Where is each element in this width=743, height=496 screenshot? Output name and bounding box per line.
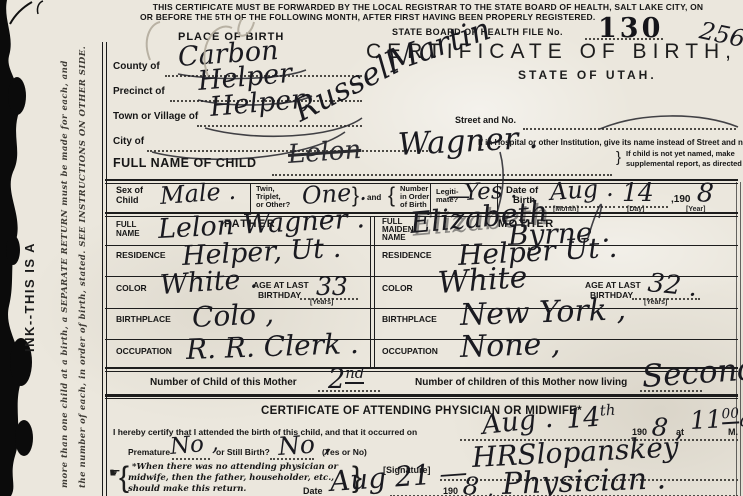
child-name-label: FULL NAME OF CHILD xyxy=(113,157,256,171)
cell-border xyxy=(250,183,251,212)
date-year-printed: 190 xyxy=(443,487,458,496)
father-age-caption: [Years] xyxy=(310,299,333,306)
time-suffix: a. xyxy=(739,409,743,432)
certify-text: I hereby certify that I attended the bir… xyxy=(113,428,417,437)
number-of-child-num: 2 xyxy=(328,364,345,395)
father-name-label-line2: NAME xyxy=(116,230,140,239)
child-name-leader xyxy=(272,172,612,176)
signature-title-handwritten: Physician . xyxy=(501,464,666,496)
dob-year-caption: [Year] xyxy=(686,206,705,213)
dob-day-handwritten: 14 xyxy=(622,180,654,205)
mother-name-label-line3: NAME xyxy=(382,234,406,243)
number-of-child-handwritten: 2nd xyxy=(328,366,364,393)
child-first-name-struck: Lelon xyxy=(287,137,362,168)
child-note-brace: } xyxy=(616,150,621,167)
sex-value-handwritten: Male . xyxy=(159,179,237,208)
mother-birthplace-handwritten: New York , xyxy=(459,295,626,331)
father-age-label-line1: AGE AT LAST xyxy=(253,281,309,290)
margin-instruction-bold: INK--THIS IS A xyxy=(22,242,37,352)
time-hour: 11 xyxy=(689,404,722,435)
birth-certificate-scan: INK--THIS IS A more than one child at a … xyxy=(0,0,743,496)
margin-instruction-line2: the number of each, in order of birth, s… xyxy=(78,46,88,488)
mother-color-label: COLOR xyxy=(382,284,413,293)
premature-label: Premature xyxy=(128,448,170,457)
father-birthplace-label: BIRTHPLACE xyxy=(116,315,171,324)
divider xyxy=(105,398,738,399)
precinct-label: Precinct of xyxy=(113,87,165,98)
informant-scribble-first: Russell xyxy=(289,48,404,127)
father-occupation-handwritten: R. R. Clerk . xyxy=(186,330,360,364)
number-of-child-label: Number of Child of this Mother xyxy=(150,378,297,389)
stillbirth-label: or Still Birth? xyxy=(216,448,270,457)
father-birthplace-handwritten: Colo , xyxy=(191,300,274,332)
mother-occupation-handwritten: None , xyxy=(459,330,560,363)
meridiem-label: M. xyxy=(728,428,738,438)
child-note-line1: If child is not yet named, make xyxy=(626,150,735,158)
date-label: Date xyxy=(303,487,323,496)
physician-section-heading: CERTIFICATE OF ATTENDING PHYSICIAN OR MI… xyxy=(105,405,738,417)
mother-residence-label: RESIDENCE xyxy=(382,251,432,260)
yes-no-label: (Yes or No) xyxy=(322,448,367,457)
children-living-label: Number of children of this Mother now li… xyxy=(415,378,627,389)
dob-day-caption: [Day] xyxy=(627,206,645,213)
dob-month-handwritten: Aug . xyxy=(549,176,614,204)
dob-year-printed: ,190 xyxy=(671,195,690,206)
father-color-label: COLOR xyxy=(116,284,147,293)
form-left-border xyxy=(102,42,107,496)
time-min: 00 xyxy=(721,405,739,424)
date-year-digit-handwritten: 8 , xyxy=(462,473,496,496)
parent-column-divider xyxy=(370,217,375,368)
no-attendant-note-line2: midwife, then the father, householder, e… xyxy=(128,474,334,483)
occurred-month-handwritten: Aug . xyxy=(481,405,555,439)
occurred-day-handwritten: 14th xyxy=(565,403,617,433)
premature-value-handwritten: No , xyxy=(169,432,219,459)
mother-age-label-line1: AGE AT LAST xyxy=(585,281,641,290)
number-of-child-suffix: nd xyxy=(345,364,364,384)
father-residence-label: RESIDENCE xyxy=(116,251,166,260)
dob-month-caption: [Month] xyxy=(553,206,579,213)
mother-age-handwritten: 32 . xyxy=(647,270,699,301)
state-of-utah-line: STATE OF UTAH. xyxy=(518,69,657,82)
no-attendant-note-line3: should make this return. xyxy=(128,485,246,494)
forwarding-note-line1: THIS CERTIFICATE MUST BE FORWARDED BY TH… xyxy=(118,3,738,12)
mother-color-handwritten: White xyxy=(437,263,528,299)
town-leader xyxy=(197,123,362,127)
city-label: City of xyxy=(113,137,144,148)
father-color-handwritten: White . xyxy=(159,265,258,299)
mother-birthplace-label: BIRTHPLACE xyxy=(382,315,437,324)
father-residence-handwritten: Helper, Ut . xyxy=(181,235,342,270)
sex-row-brace-open: { xyxy=(388,184,395,207)
street-leader xyxy=(523,126,736,130)
father-age-handwritten: 33 xyxy=(316,274,348,299)
father-occupation-label: OCCUPATION xyxy=(116,347,172,356)
child-note-line2: supplemental report, as directed xyxy=(626,160,742,168)
county-label: County of xyxy=(113,62,160,73)
mother-occupation-label: OCCUPATION xyxy=(382,347,438,356)
occurred-day-suffix: th xyxy=(599,401,616,420)
children-living-handwritten: Second . xyxy=(641,353,743,393)
town-label: Town or Village of xyxy=(113,112,198,123)
divider xyxy=(105,394,738,397)
mother-age-caption: [Years] xyxy=(644,299,667,306)
child-surname-handwritten: Wagner . xyxy=(397,123,539,161)
dob-year-digit-handwritten: 8 xyxy=(696,180,714,207)
occurred-day-num: 14 xyxy=(565,402,601,435)
margin-instruction-line1: more than one child at a birth, a SEPARA… xyxy=(60,60,70,488)
sex-label-line2: Child xyxy=(116,196,139,206)
forwarding-note-line2: OR BEFORE THE 5TH OF THE FOLLOWING MONTH… xyxy=(140,13,595,22)
and-label: and xyxy=(367,194,381,203)
no-attendant-note-line1: *When there was no attending physician o… xyxy=(132,463,338,472)
